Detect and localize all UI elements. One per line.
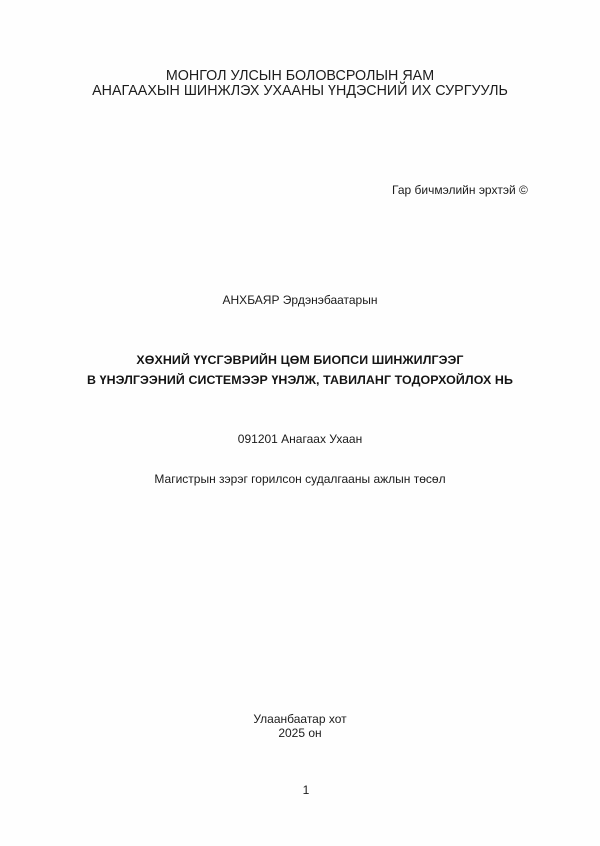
- degree-statement: Магистрын зэрэг горилсон судалгааны ажлы…: [0, 473, 600, 485]
- thesis-title-line-2: В ҮНЭЛГЭЭНИЙ СИСТЕМЭЭР ҮНЭЛЖ, ТАВИЛАНГ Т…: [0, 370, 600, 390]
- institution-header: МОНГОЛ УЛСЫН БОЛОВСРОЛЫН ЯАМ АНАГААХЫН Ш…: [0, 69, 600, 98]
- ministry-name: МОНГОЛ УЛСЫН БОЛОВСРОЛЫН ЯАМ: [0, 69, 600, 84]
- city: Улаанбаатар хот: [0, 712, 600, 726]
- document-page: МОНГОЛ УЛСЫН БОЛОВСРОЛЫН ЯАМ АНАГААХЫН Ш…: [0, 0, 600, 846]
- copyright-notice: Гар бичмэлийн эрхтэй ©: [392, 183, 528, 197]
- place-and-date: Улаанбаатар хот 2025 он: [0, 712, 600, 740]
- field-of-study: 091201 Анагаах Ухаан: [0, 433, 600, 445]
- author-name: АНХБАЯР Эрдэнэбаатарын: [0, 294, 600, 306]
- university-name: АНАГААХЫН ШИНЖЛЭХ УХААНЫ ҮНДЭСНИЙ ИХ СУР…: [0, 84, 600, 99]
- year: 2025 он: [0, 726, 600, 740]
- page-number: 1: [6, 784, 600, 796]
- thesis-title-line-1: ХӨХНИЙ ҮҮСГЭВРИЙН ЦӨМ БИОПСИ ШИНЖИЛГЭЭГ: [0, 350, 600, 370]
- thesis-title: ХӨХНИЙ ҮҮСГЭВРИЙН ЦӨМ БИОПСИ ШИНЖИЛГЭЭГ …: [0, 350, 600, 390]
